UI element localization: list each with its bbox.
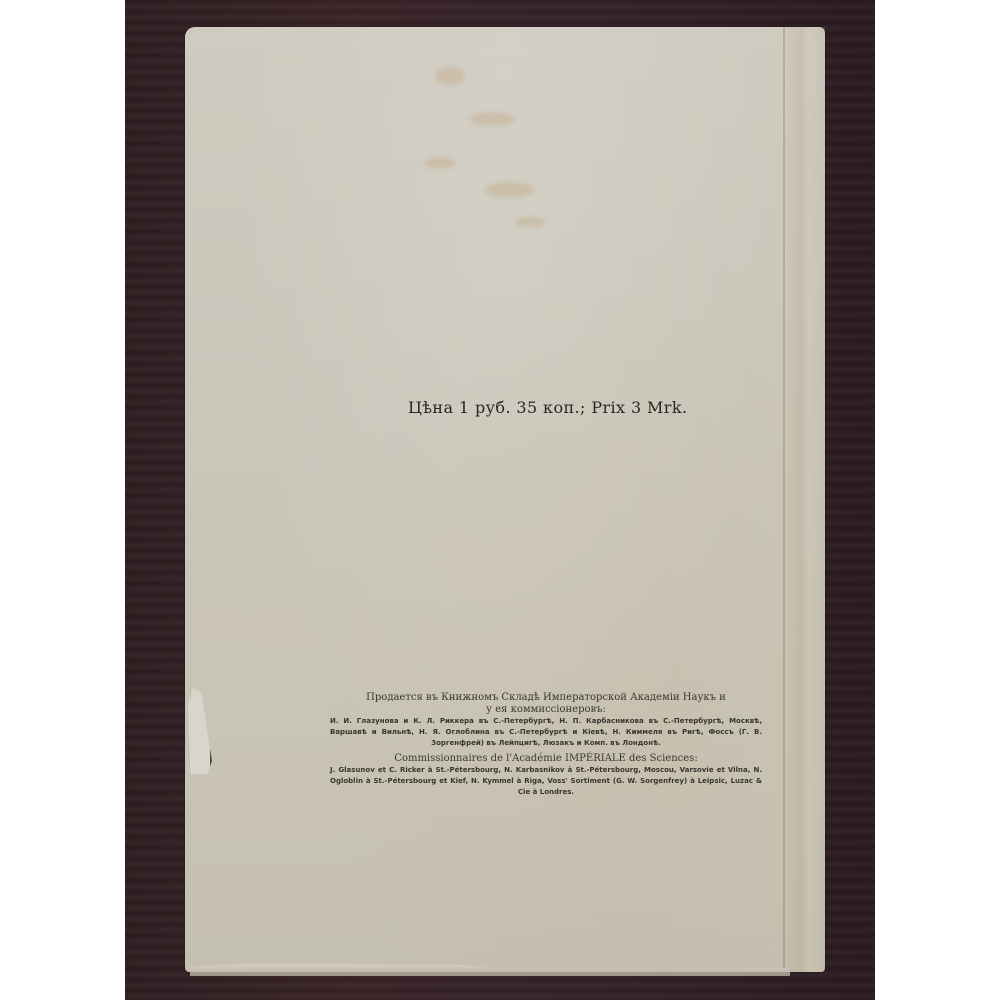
russian-imprint-heading: Продается въ Книжномъ Складѣ Императорск… (330, 692, 762, 704)
stain (425, 157, 455, 169)
russian-imprint-heading-2: у ея коммиссіонеровъ: (330, 704, 762, 716)
price-line: Цѣна 1 руб. 35 коп.; Prix 3 Mrk. (408, 398, 708, 417)
french-commissioners-list: J. Glasunov et C. Ricker à St.-Pétersbou… (330, 765, 762, 798)
cover-spine-edge (783, 27, 825, 972)
stain (435, 67, 465, 85)
russian-commissioners-list: И. И. Глазунова и К. Л. Риккера въ С.-Пе… (330, 716, 762, 749)
book-back-cover (185, 27, 825, 972)
french-imprint-heading: Commissionnaires de l'Académie IMPÉRIALE… (330, 753, 762, 765)
publisher-imprint: Продается въ Книжномъ Складѣ Императорск… (330, 692, 762, 798)
stain (515, 217, 545, 227)
stain (470, 112, 515, 126)
stain (485, 182, 535, 198)
